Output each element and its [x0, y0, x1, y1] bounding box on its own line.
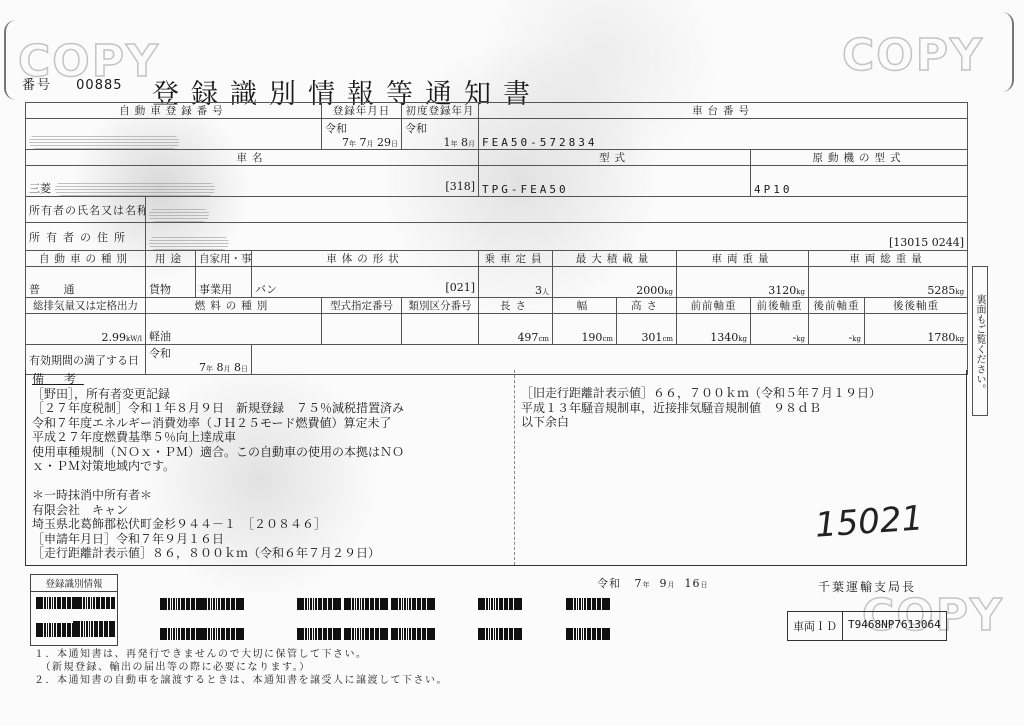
model-header: 型式 [479, 150, 751, 166]
private-business-header: 自家用・事業用の別 [196, 251, 252, 267]
issuing-authority: 千葉運輸支局長 [818, 578, 916, 595]
height-value: 301cm [617, 314, 677, 345]
qr-code-icon [73, 621, 115, 637]
qr-code-icon [36, 597, 78, 609]
qr-code-icon [344, 598, 388, 610]
qr-code-icon [478, 598, 522, 610]
width-header: 幅 [553, 298, 617, 314]
length-value: 497cm [479, 314, 553, 345]
qr-code-icon [160, 598, 204, 610]
serial-number: 番号 00885 [22, 74, 123, 93]
type-header: 自動車の種別 [26, 251, 146, 267]
body-shape-value: バン[021] [252, 267, 479, 298]
vehicle-id-value: T9468NP7613064 [843, 612, 946, 640]
vehicle-name-value: 三菱 [318] [26, 166, 479, 197]
remarks-title: 備 考 [32, 372, 84, 386]
ff-axle-value: 1340kg [677, 314, 751, 345]
vehicle-weight-value: 3120kg [677, 267, 809, 298]
registration-date-value: 令和 7年 7月 29日 [322, 119, 402, 150]
displacement-header: 総排気量又は定格出力 [26, 298, 146, 314]
ff-axle-header: 前前軸重 [677, 298, 751, 314]
first-registration-header: 初度登録年月 [402, 103, 479, 119]
handwritten-number: 15021 [814, 498, 925, 545]
vehicle-weight-header: 車両重量 [677, 251, 809, 267]
engine-model-value: 4P10 [751, 166, 968, 197]
qr-code-icon [297, 628, 341, 640]
fr-axle-header: 前後軸重 [751, 298, 809, 314]
height-header: 高さ [617, 298, 677, 314]
rf-axle-header: 後前軸重 [809, 298, 865, 314]
serial-label: 番号 [22, 78, 52, 93]
qr-code-icon [160, 628, 204, 640]
width-value: 190cm [553, 314, 617, 345]
body-shape-header: 車体の形状 [252, 251, 479, 267]
capacity-value: 3人 [479, 267, 553, 298]
rr-axle-value: 1780kg [865, 314, 968, 345]
private-business-value: 事業用 [196, 267, 252, 298]
remarks-right-lines: ［旧走行距離計表示値］６６，７００ｋｍ（令和５年７月１９日） 平成１３年騒音規制… [521, 386, 881, 430]
qr-code-icon [566, 598, 610, 610]
registration-id-info-label: 登録識別情報 [31, 575, 117, 592]
qr-code-icon [297, 598, 341, 610]
ornament-right [990, 12, 1014, 92]
gross-weight-header: 車両総重量 [809, 251, 968, 267]
rf-axle-value: -kg [809, 314, 865, 345]
qr-code-icon [391, 628, 435, 640]
use-header: 用途 [146, 251, 196, 267]
owner-address-label: 所有者の住所 [26, 223, 146, 251]
qr-code-icon [36, 623, 76, 637]
copy-watermark-right: COPY [842, 30, 984, 81]
vehicle-id-box: 車両ＩＤ T9468NP7613064 [787, 611, 947, 641]
registration-id-info-box: 登録識別情報 [30, 574, 118, 646]
length-header: 長さ [479, 298, 553, 314]
max-load-value: 2000kg [553, 267, 677, 298]
type-designation-header: 型式指定番号 [322, 298, 402, 314]
capacity-header: 乗車定員 [479, 251, 553, 267]
max-load-header: 最大積載量 [553, 251, 677, 267]
chassis-number-header: 車台番号 [479, 103, 968, 119]
category-number-header: 類別区分番号 [402, 298, 479, 314]
qr-code-icon [391, 598, 435, 610]
remarks-divider [514, 370, 515, 565]
registration-date-header: 登録年月日 [322, 103, 402, 119]
chassis-number-value: FEA50-572834 [479, 119, 968, 150]
gross-weight-value: 5285kg [809, 267, 968, 298]
qr-code-icon [200, 598, 244, 610]
issue-date: 令和 7年 9月 16日 [597, 575, 709, 591]
type-designation-value [322, 314, 402, 345]
qr-code-icon [566, 628, 610, 640]
remarks-left-lines: ［野田］，所有者変更記録 ［２７年度税制］令和１年８月９日 新規登録 ７５％減税… [32, 387, 404, 561]
owner-address-value: [13015 0244] [146, 223, 968, 251]
type-value: 普 通 [26, 267, 146, 298]
use-value: 貨物 [146, 267, 196, 298]
qr-code-icon [75, 597, 115, 609]
fuel-value: 軽油 [146, 314, 322, 345]
engine-model-header: 原動機の型式 [751, 150, 968, 166]
category-number-value [402, 314, 479, 345]
vehicle-id-label: 車両ＩＤ [788, 612, 843, 640]
serial-value: 00885 [76, 78, 122, 93]
first-registration-value: 令和 1年 8月 [402, 119, 479, 150]
model-value: TPG-FEA50 [479, 166, 751, 197]
owner-name-label: 所有者の氏名又は名称 [26, 197, 146, 223]
plate-number-value [26, 119, 322, 150]
qr-code-icon [200, 628, 244, 640]
plate-number-header: 自動車登録番号 [26, 103, 322, 119]
registration-table: 自動車登録番号 登録年月日 初度登録年月 車台番号 令和 7年 7月 29日 令… [25, 102, 968, 375]
qr-code-icon [344, 628, 388, 640]
fuel-header: 燃料の種別 [146, 298, 322, 314]
qr-code-icon [478, 628, 522, 640]
vehicle-name-header: 車名 [26, 150, 479, 166]
footer-notes: １．本通知書は、再発行できませんので大切に保管して下さい。 （新規登録、輸出の届… [34, 648, 448, 687]
owner-name-value [146, 197, 968, 223]
see-reverse-note: 裏面もご覧ください。 [972, 266, 988, 416]
rr-axle-header: 後後軸重 [865, 298, 968, 314]
displacement-value: 2.99kW/l [26, 314, 146, 345]
fr-axle-value: -kg [751, 314, 809, 345]
remarks-left: 備 考 ［野田］，所有者変更記録 ［２７年度税制］令和１年８月９日 新規登録 ７… [32, 372, 512, 561]
